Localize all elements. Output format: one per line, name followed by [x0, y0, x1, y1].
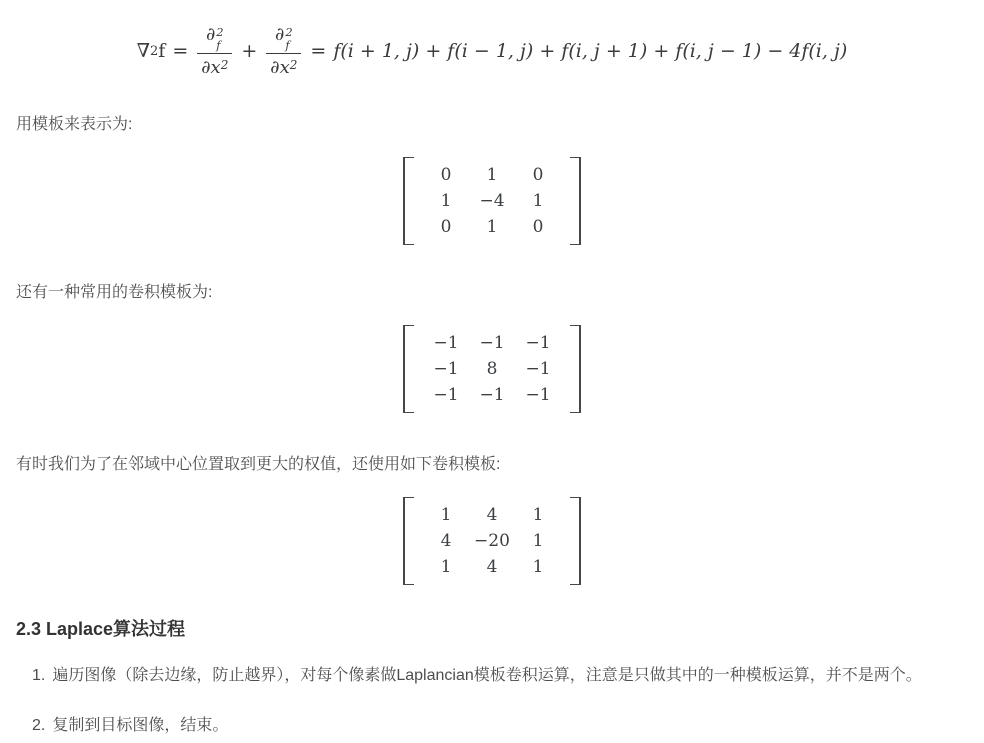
- matrix-cell: −1: [423, 356, 469, 382]
- partial-supsub: 2 f: [285, 26, 292, 52]
- fraction-2: ∂ 2 f ∂x2: [266, 24, 301, 78]
- fraction-2-numerator: ∂ 2 f: [271, 24, 297, 53]
- kernel-matrix-1-block: 0 1 0 1 −4 1 0 1 0: [0, 157, 984, 250]
- matrix-cell: 0: [515, 214, 561, 240]
- matrix-cell: 1: [515, 188, 561, 214]
- kernel-matrix-3: 1 4 1 4 −20 1 1 4 1: [403, 497, 581, 585]
- laplace-formula: ∇2f = ∂ 2 f ∂x2 + ∂ 2: [137, 24, 848, 78]
- matrix-bracket-left: [403, 325, 414, 413]
- matrix-cell: 1: [423, 554, 469, 580]
- partial-supsub: 2 f: [216, 26, 223, 52]
- list-item-text: 复制到目标图像，结束。: [52, 713, 968, 739]
- nabla-symbol: ∇: [137, 40, 150, 62]
- equals-sign-1: =: [172, 40, 188, 62]
- paragraph-second-kernel: 还有一种常用的卷积模板为:: [16, 282, 984, 304]
- algorithm-steps-list: 1. 遍历图像（除去边缘，防止越界），对每个像素做Laplancian模板卷积运…: [0, 663, 984, 739]
- partial-sub: f: [285, 39, 289, 52]
- matrix-cell: 1: [423, 188, 469, 214]
- matrix-cell: −1: [515, 356, 561, 382]
- partial-x-sup: 2: [221, 58, 229, 72]
- list-item: 1. 遍历图像（除去边缘，防止越界），对每个像素做Laplancian模板卷积运…: [32, 663, 968, 689]
- partial-sub: f: [216, 39, 220, 52]
- equals-sign-2: =: [310, 40, 326, 62]
- partial-symbol: ∂: [275, 24, 284, 45]
- matrix-cell: −20: [469, 528, 515, 554]
- matrix-cell: −1: [515, 330, 561, 356]
- matrix-cells: 0 1 0 1 −4 1 0 1 0: [414, 157, 570, 245]
- plus-sign: +: [241, 40, 257, 62]
- matrix-bracket-left: [403, 157, 414, 245]
- matrix-bracket-right: [570, 497, 581, 585]
- kernel-matrix-2-block: −1 −1 −1 −1 8 −1 −1 −1 −1: [0, 325, 984, 418]
- fraction-1-denominator: ∂x2: [197, 53, 232, 78]
- matrix-cell: 0: [423, 214, 469, 240]
- fraction-1: ∂ 2 f ∂x2: [197, 24, 232, 78]
- fraction-2-denominator: ∂x2: [266, 53, 301, 78]
- list-item-text: 遍历图像（除去边缘，防止越界），对每个像素做Laplancian模板卷积运算，注…: [52, 663, 968, 689]
- matrix-cell: 1: [515, 528, 561, 554]
- matrix-bracket-right: [570, 325, 581, 413]
- partial-x: ∂x: [201, 57, 220, 78]
- matrix-cells: 1 4 1 4 −20 1 1 4 1: [414, 497, 570, 585]
- matrix-cell: 8: [469, 356, 515, 382]
- matrix-cell: 0: [423, 162, 469, 188]
- partial-x-sup: 2: [290, 58, 298, 72]
- matrix-cell: −1: [469, 382, 515, 408]
- paragraph-template-intro: 用模板来表示为:: [16, 114, 984, 136]
- matrix-cell: −4: [469, 188, 515, 214]
- paragraph-weighted-kernel: 有时我们为了在邻域中心位置取到更大的权值，还使用如下卷积模板:: [16, 454, 984, 476]
- matrix-cell: −1: [515, 382, 561, 408]
- partial-symbol: ∂: [206, 24, 215, 45]
- matrix-cell: 1: [469, 214, 515, 240]
- matrix-cells: −1 −1 −1 −1 8 −1 −1 −1 −1: [414, 325, 570, 413]
- fraction-1-numerator: ∂ 2 f: [202, 24, 228, 53]
- matrix-cell: 1: [515, 554, 561, 580]
- formula-rhs: f(i + 1, j) + f(i − 1, j) + f(i, j + 1) …: [333, 40, 847, 62]
- kernel-matrix-2: −1 −1 −1 −1 8 −1 −1 −1 −1: [403, 325, 581, 413]
- list-item-number: 2.: [32, 713, 45, 739]
- matrix-cell: 1: [423, 502, 469, 528]
- matrix-cell: −1: [469, 330, 515, 356]
- section-heading-laplace-process: 2.3 Laplace算法过程: [16, 617, 984, 641]
- matrix-cell: −1: [423, 382, 469, 408]
- matrix-cell: 1: [515, 502, 561, 528]
- matrix-bracket-left: [403, 497, 414, 585]
- laplace-formula-block: ∇2f = ∂ 2 f ∂x2 + ∂ 2: [0, 0, 984, 78]
- matrix-cell: 4: [469, 554, 515, 580]
- matrix-cell: 4: [423, 528, 469, 554]
- matrix-cell: 1: [469, 162, 515, 188]
- list-item-number: 1.: [32, 663, 45, 689]
- kernel-matrix-1: 0 1 0 1 −4 1 0 1 0: [403, 157, 581, 245]
- matrix-cell: −1: [423, 330, 469, 356]
- nabla-exponent: 2: [150, 44, 158, 59]
- matrix-cell: 4: [469, 502, 515, 528]
- matrix-bracket-right: [570, 157, 581, 245]
- article-page: ∇2f = ∂ 2 f ∂x2 + ∂ 2: [0, 0, 984, 743]
- matrix-cell: 0: [515, 162, 561, 188]
- partial-x: ∂x: [270, 57, 289, 78]
- list-item: 2. 复制到目标图像，结束。: [32, 713, 968, 739]
- nabla-operand: f: [158, 40, 165, 62]
- kernel-matrix-3-block: 1 4 1 4 −20 1 1 4 1: [0, 497, 984, 590]
